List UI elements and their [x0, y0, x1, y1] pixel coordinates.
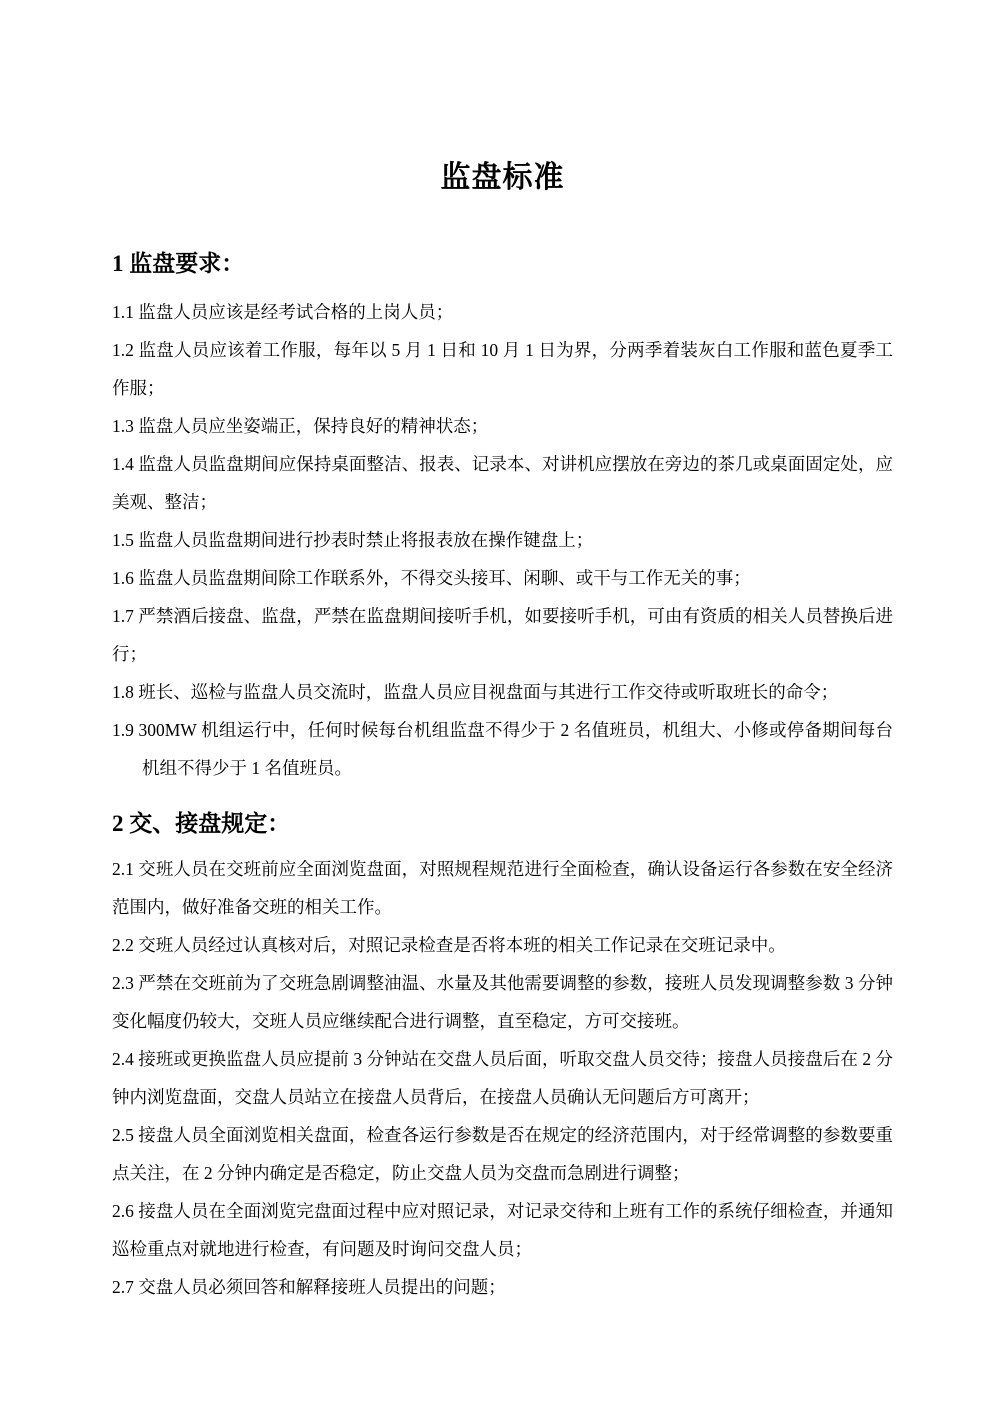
section-2-items: 2.1 交班人员在交班前应全面浏览盘面，对照规程规范进行全面检查，确认设备运行各…	[112, 850, 893, 1306]
section-1-heading: 1 监盘要求：	[112, 251, 893, 277]
clause-1-8: 1.8 班长、巡检与监盘人员交流时，监盘人员应目视盘面与其进行工作交待或听取班长…	[112, 673, 893, 711]
clause-2-7: 2.7 交盘人员必须回答和解释接班人员提出的问题；	[112, 1268, 893, 1306]
clause-2-3: 2.3 严禁在交班前为了交班急剧调整油温、水量及其他需要调整的参数，接班人员发现…	[112, 964, 893, 1040]
clause-2-4: 2.4 接班或更换监盘人员应提前 3 分钟站在交盘人员后面，听取交盘人员交待；接…	[112, 1040, 893, 1116]
document-title: 监盘标准	[112, 161, 893, 195]
clause-1-4: 1.4 监盘人员监盘期间应保持桌面整洁、报表、记录本、对讲机应摆放在旁边的茶几或…	[112, 445, 893, 521]
clause-1-2: 1.2 监盘人员应该着工作服，每年以 5 月 1 日和 10 月 1 日为界，分…	[112, 331, 893, 407]
section-2-heading: 2 交、接盘规定：	[112, 811, 893, 837]
section-shift-handover-rules: 2 交、接盘规定： 2.1 交班人员在交班前应全面浏览盘面，对照规程规范进行全面…	[112, 811, 893, 1306]
section-1-items: 1.1 监盘人员应该是经考试合格的上岗人员； 1.2 监盘人员应该着工作服，每年…	[112, 293, 893, 787]
clause-1-1: 1.1 监盘人员应该是经考试合格的上岗人员；	[112, 293, 893, 331]
clause-2-2: 2.2 交班人员经过认真核对后，对照记录检查是否将本班的相关工作记录在交班记录中…	[112, 926, 893, 964]
section-monitoring-requirements: 1 监盘要求： 1.1 监盘人员应该是经考试合格的上岗人员； 1.2 监盘人员应…	[112, 251, 893, 787]
clause-2-6: 2.6 接盘人员在全面浏览完盘面过程中应对照记录，对记录交待和上班有工作的系统仔…	[112, 1192, 893, 1268]
clause-1-3: 1.3 监盘人员应坐姿端正，保持良好的精神状态；	[112, 407, 893, 445]
clause-2-5: 2.5 接盘人员全面浏览相关盘面，检查各运行参数是否在规定的经济范围内，对于经常…	[112, 1116, 893, 1192]
clause-2-1: 2.1 交班人员在交班前应全面浏览盘面，对照规程规范进行全面检查，确认设备运行各…	[112, 850, 893, 926]
clause-1-6: 1.6 监盘人员监盘期间除工作联系外，不得交头接耳、闲聊、或干与工作无关的事；	[112, 559, 893, 597]
clause-1-9: 1.9 300MW 机组运行中，任何时候每台机组监盘不得少于 2 名值班员，机组…	[112, 711, 893, 787]
clause-1-7: 1.7 严禁酒后接盘、监盘，严禁在监盘期间接听手机，如要接听手机，可由有资质的相…	[112, 597, 893, 673]
clause-1-5: 1.5 监盘人员监盘期间进行抄表时禁止将报表放在操作键盘上；	[112, 521, 893, 559]
document-page: 监盘标准 1 监盘要求： 1.1 监盘人员应该是经考试合格的上岗人员； 1.2 …	[0, 0, 993, 1404]
